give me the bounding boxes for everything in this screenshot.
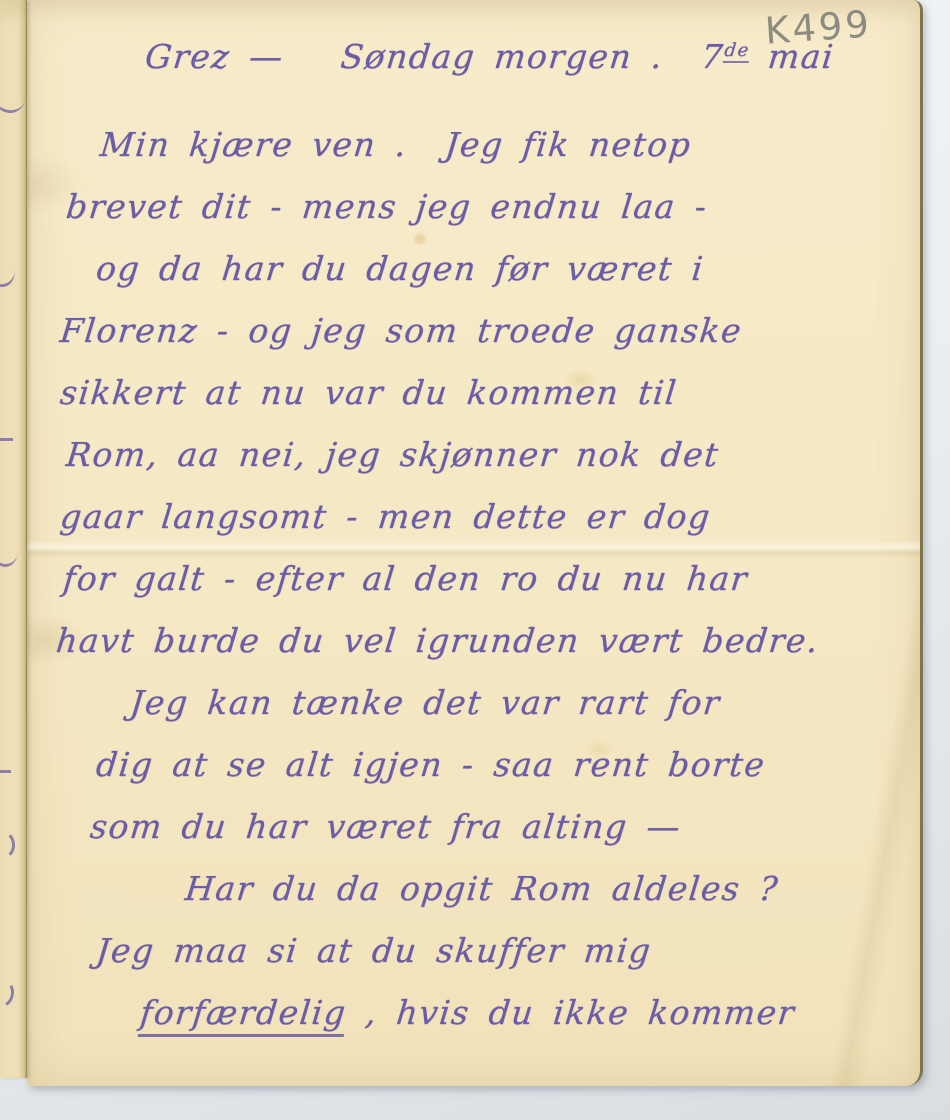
letter-line: Min kjære ven . Jeg fik netop [97, 114, 919, 176]
letter-text: sikkert at nu var du kommen til [58, 373, 679, 412]
ink-fragment [0, 96, 25, 115]
letter-line: Florenz - og jeg som troede ganske [57, 300, 919, 362]
letter-line: forfærdelig , hvis du ikke kommer [137, 982, 919, 1044]
letter-text: Har du da opgit Rom aldeles ? [183, 869, 780, 908]
letter-page: K499 Grez — Søndag morgen . 7de maiMin k… [27, 0, 923, 1086]
letter-line: dig at se alt igjen - saa rent borte [93, 734, 919, 796]
ink-fragment [0, 551, 18, 568]
letter-line: gaar langsomt - men dette er dog [57, 486, 919, 548]
letter-line: Grez — Søndag morgen . 7de mai [142, 26, 919, 88]
letter-text: havt burde du vel igrunden vært bedre. [54, 621, 821, 660]
letter-text: som du har været fra alting — [88, 807, 683, 846]
letter-text: og da har du dagen før været i [94, 249, 706, 288]
letter-text: Søndag morgen . [339, 37, 704, 76]
letter-text: Florenz - og jeg som troede ganske [58, 311, 744, 350]
letter-text: , hvis du ikke kommer [345, 993, 798, 1032]
letter-line: brevet dit - mens jeg endnu laa - [63, 176, 919, 238]
letter-text: dig at se alt igjen - saa rent borte [94, 745, 767, 784]
letter-text: Rom, aa nei, jeg skjønner nok det [64, 435, 721, 474]
letter-text: Jeg maa si at du skuffer mig [94, 931, 653, 970]
letter-text: Grez — [143, 37, 343, 76]
letter-text: for galt - efter al den ro du nu har [61, 559, 750, 598]
letter-text: Jeg kan tænke det var rart for [128, 683, 722, 722]
ink-fragment [0, 758, 11, 773]
letter-line: Jeg kan tænke det var rart for [127, 672, 919, 734]
letter-line: Rom, aa nei, jeg skjønner nok det [63, 424, 919, 486]
letter-line: sikkert at nu var du kommen til [57, 362, 919, 424]
letter-text: mai [747, 37, 836, 76]
letter-line: Jeg maa si at du skuffer mig [93, 920, 919, 982]
letter-text: Min kjære ven . Jeg fik netop [98, 125, 693, 164]
ink-fragment [0, 830, 15, 860]
letter-text: brevet dit - mens jeg endnu laa - [64, 187, 709, 226]
ink-fragment [0, 426, 13, 441]
letter-lines: Grez — Søndag morgen . 7de maiMin kjære … [27, 0, 912, 1044]
letter-line: havt burde du vel igrunden vært bedre. [53, 610, 919, 672]
adjacent-page-strip [0, 0, 27, 1078]
letter-line: og da har du dagen før været i [93, 238, 919, 300]
letter-text: gaar langsomt - men dette er dog [58, 497, 713, 536]
ink-fragment [0, 269, 17, 289]
scan-background: K499 Grez — Søndag morgen . 7de maiMin k… [0, 0, 950, 1120]
ordinal-superscript: de [723, 40, 751, 63]
letter-line: Har du da opgit Rom aldeles ? [182, 858, 919, 920]
letter-line: som du har været fra alting — [87, 796, 919, 858]
letter-text: 7 [699, 37, 726, 76]
underlined-word: forfærdelig [138, 993, 349, 1037]
ink-fragment [0, 975, 17, 1011]
letter-line: for galt - efter al den ro du nu har [60, 548, 919, 610]
